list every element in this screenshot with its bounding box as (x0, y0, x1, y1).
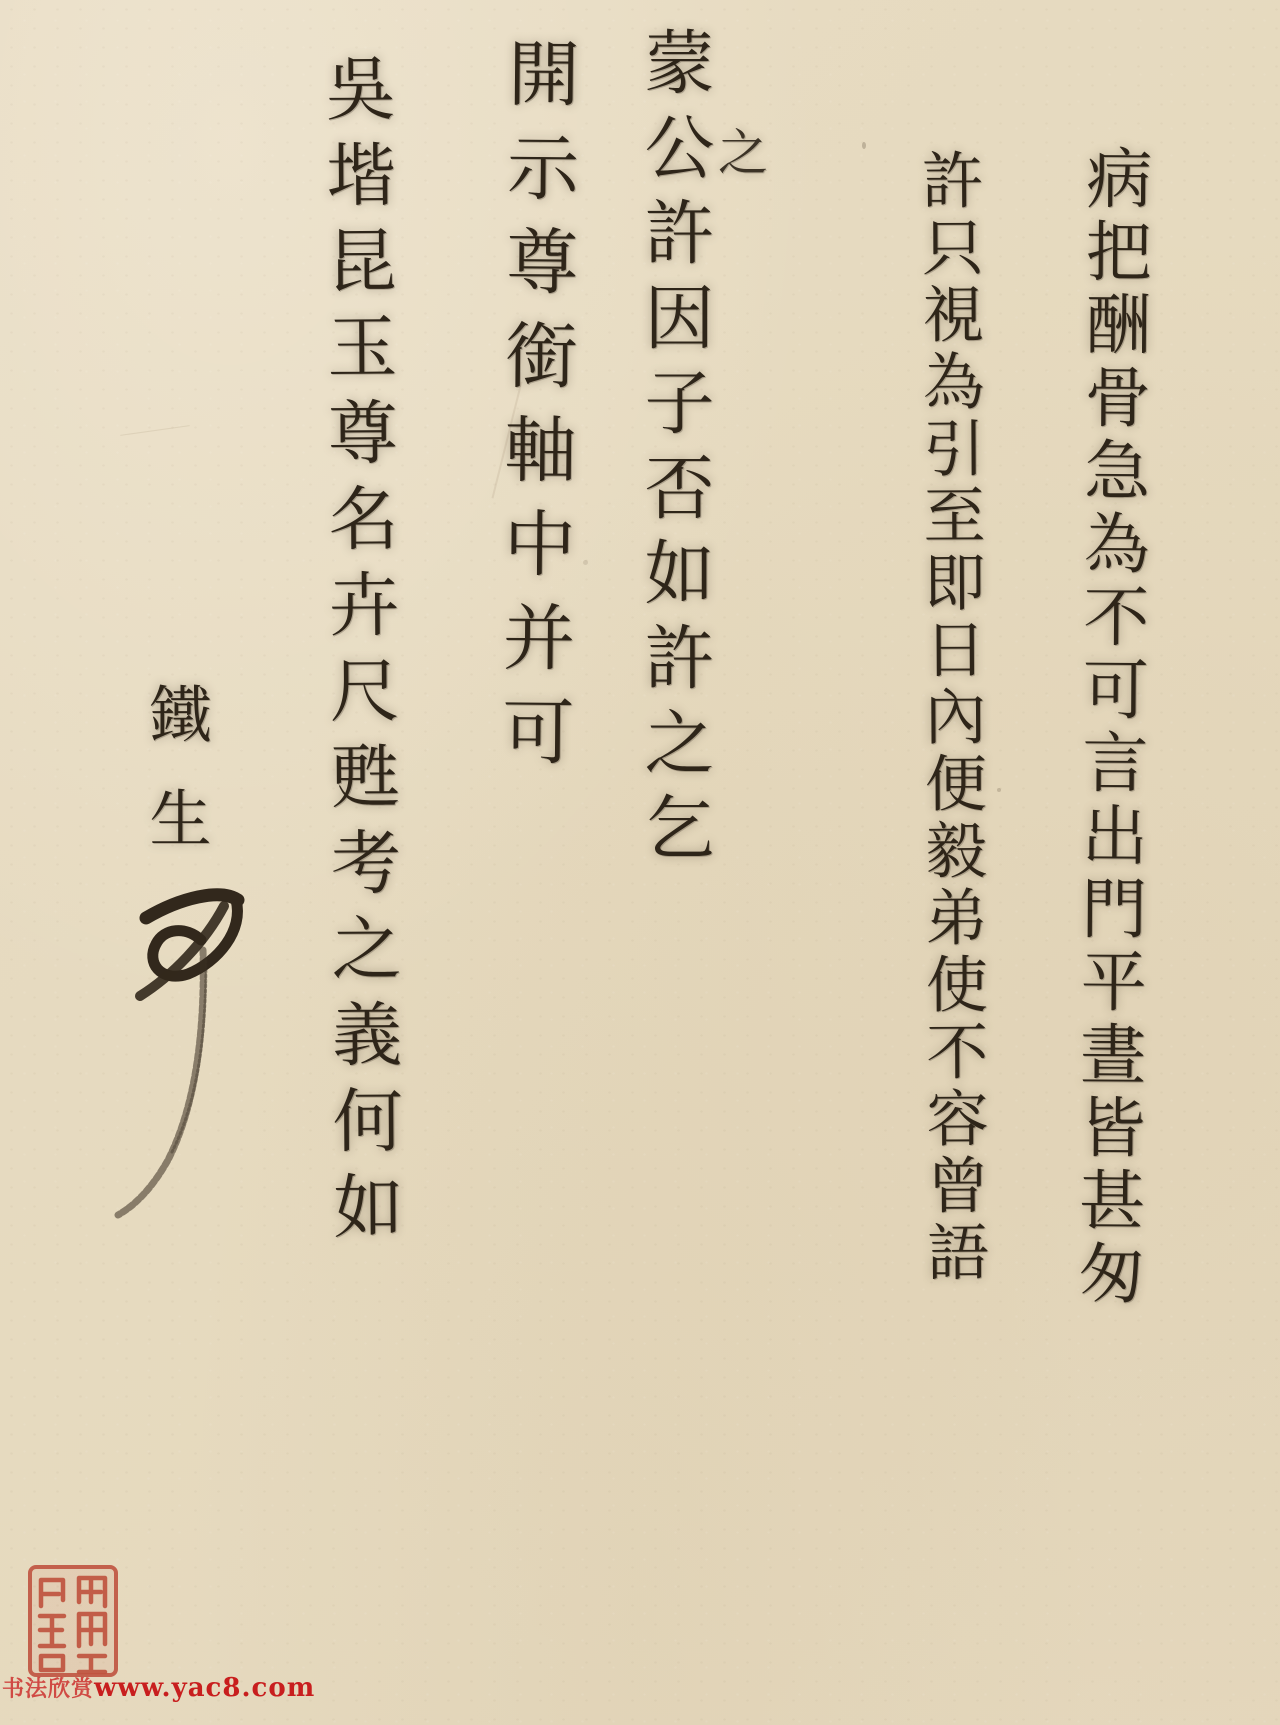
ink-speck (997, 788, 1001, 792)
signature: 鐵生 (131, 682, 220, 890)
calligraphy-column-4: 開示尊銜軸中并可 (480, 36, 591, 789)
calligraphy-column-3: 蒙公許因子否如許之乞 (624, 26, 725, 876)
watermark-site-url: www.yac8.com (94, 1673, 315, 1703)
site-watermark: 书法欣赏www.yac8.com (2, 1672, 315, 1703)
ink-speck (862, 142, 866, 149)
seal-stamp (27, 1564, 119, 1678)
watermark-site-name: 书法欣赏 (2, 1676, 94, 1702)
paper-crease (120, 425, 189, 436)
calligraphy-column-5: 吳堦昆玉尊名卉尺甦考之義何如 (305, 52, 414, 1257)
calligraphy-scan: 病把酬骨急為不可言出門平晝皆甚匆 許只視為引至即日內便毅弟使不容曾語 之 蒙公許… (0, 0, 1280, 1725)
calligraphy-column-2: 許只視為引至即日內便毅弟使不容曾語 (903, 148, 998, 1287)
calligraphy-column-1: 病把酬骨急為不可言出門平晝皆甚匆 (1058, 144, 1161, 1313)
